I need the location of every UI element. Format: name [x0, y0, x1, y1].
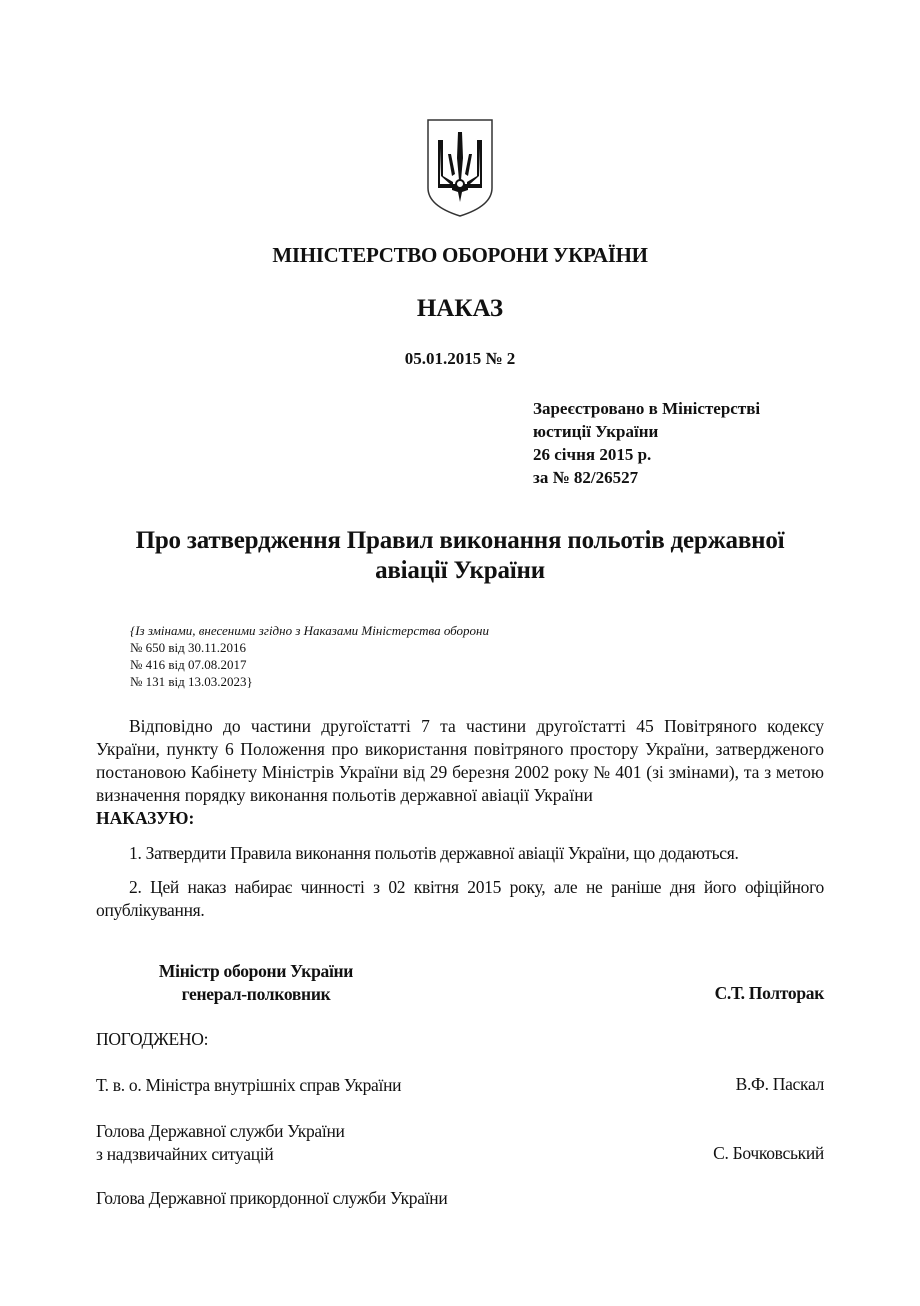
registration-line: юстиції України	[533, 420, 760, 443]
approvals-heading: ПОГОДЖЕНО:	[96, 1029, 208, 1050]
approval-position: Т. в. о. Міністра внутрішніх справ Украї…	[96, 1074, 401, 1097]
registration-line: Зареєстровано в Міністерстві	[533, 397, 760, 420]
document-title-line: Про затвердження Правил виконання польот…	[0, 526, 920, 556]
document-title: Про затвердження Правил виконання польот…	[0, 526, 920, 586]
amendment-item: № 650 від 30.11.2016	[130, 639, 489, 656]
approval-position-line: з надзвичайних ситуацій	[96, 1143, 345, 1166]
signer-position-line: Міністр оборони України	[96, 960, 416, 983]
order-item-1: 1. Затвердити Правила виконання польотів…	[96, 842, 824, 865]
registration-line: 26 січня 2015 р.	[533, 443, 760, 466]
amendment-item: № 131 від 13.03.2023}	[130, 673, 489, 690]
order-word: НАКАЗУЮ:	[96, 807, 824, 830]
amendments-note: {Із змінами, внесеними згідно з Наказами…	[130, 622, 489, 690]
signer-rank: генерал-полковник	[96, 983, 416, 1006]
amendment-item: № 416 від 07.08.2017	[130, 656, 489, 673]
approval-position-line: Голова Державної служби України	[96, 1120, 345, 1143]
preamble: Відповідно до частини другоїстатті 7 та …	[96, 715, 824, 830]
registration-stamp: Зареєстровано в Міністерстві юстиції Укр…	[533, 397, 760, 489]
signer-position: Міністр оборони України генерал-полковни…	[96, 960, 416, 1006]
approval-name: В.Ф. Паскал	[736, 1074, 824, 1095]
ukraine-coat-of-arms-icon	[426, 118, 494, 218]
document-title-line: авіації України	[0, 556, 920, 586]
order-date-number: 05.01.2015 № 2	[0, 349, 920, 369]
ministry-name: МІНІСТЕРСТВО ОБОРОНИ УКРАЇНИ	[0, 243, 920, 268]
approval-position: Голова Державної прикордонної служби Укр…	[96, 1187, 447, 1210]
order-item-2: 2. Цей наказ набирає чинності з 02 квітн…	[96, 876, 824, 922]
registration-line: за № 82/26527	[533, 466, 760, 489]
preamble-text: Відповідно до частини другоїстатті 7 та …	[96, 715, 824, 807]
approval-position: Голова Державної служби України з надзви…	[96, 1120, 345, 1166]
amendments-intro: {Із змінами, внесеними згідно з Наказами…	[130, 622, 489, 639]
order-type-heading: НАКАЗ	[0, 295, 920, 323]
signer-name: С.Т. Полторак	[715, 983, 824, 1004]
approval-position-line: Т. в. о. Міністра внутрішніх справ Украї…	[96, 1074, 401, 1097]
approval-position-line: Голова Державної прикордонної служби Укр…	[96, 1187, 447, 1210]
approval-name: С. Бочковський	[713, 1143, 824, 1164]
